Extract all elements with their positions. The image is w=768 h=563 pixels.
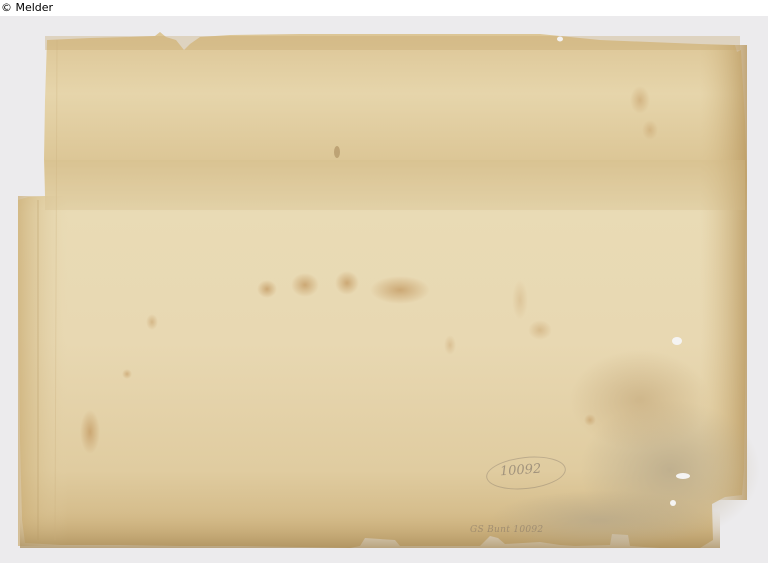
paper-sheet-image: [0, 16, 768, 563]
copyright-caption: © Melder: [1, 1, 53, 14]
inventory-number-circled: 10092: [500, 462, 542, 480]
paper-photograph: 10092 GS Bunt 10092: [0, 16, 768, 563]
caption-bar: © Melder: [0, 0, 768, 16]
inventory-inscription: GS Bunt 10092: [470, 525, 543, 535]
